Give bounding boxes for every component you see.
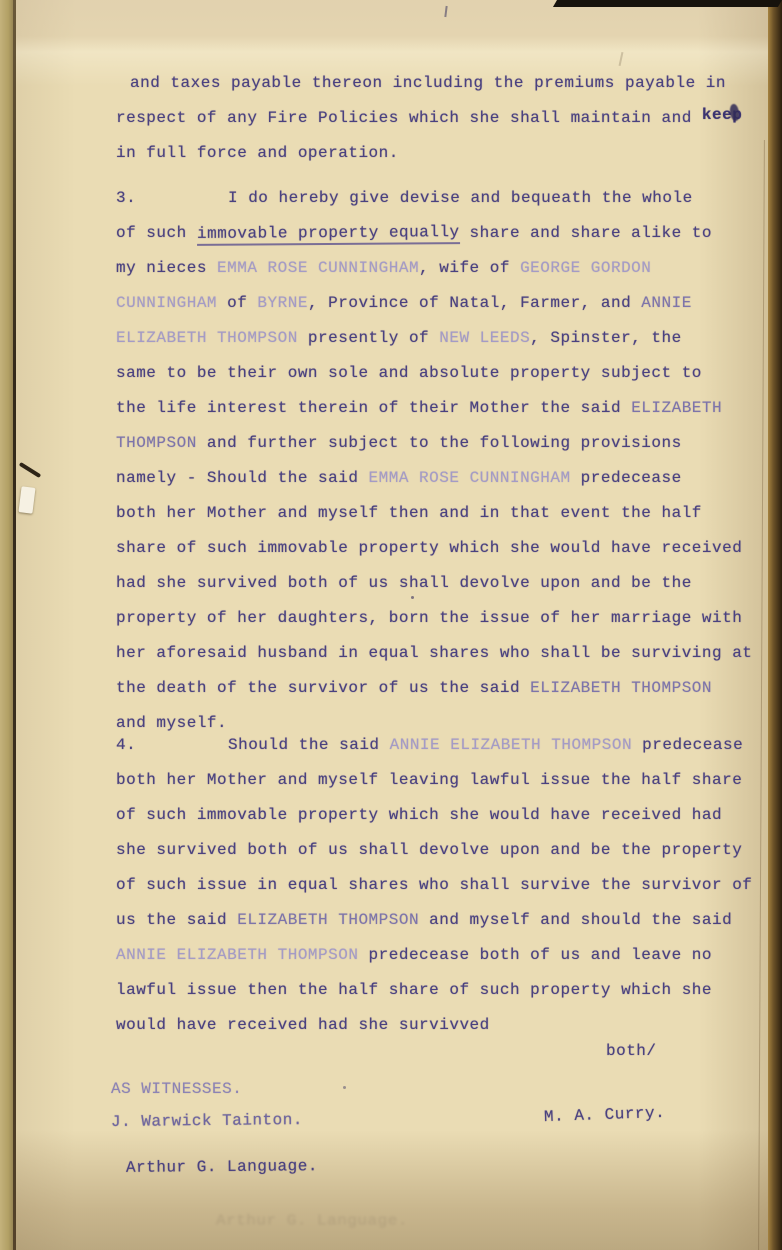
text-run: EMMA ROSE CUNNINGHAM	[369, 469, 571, 487]
text-run: both her Mother and myself leaving lawfu…	[116, 771, 742, 789]
paragraph-continuation: and taxes payable thereon including the …	[116, 74, 782, 179]
faint-scratch-mark	[619, 52, 624, 66]
text-run: my nieces	[116, 259, 217, 277]
page-right-edge	[768, 0, 782, 1250]
text-run: ELIZABETH THOMPSON	[237, 911, 419, 929]
text-run: the life interest therein of their Mothe…	[116, 399, 631, 417]
ink-speck	[343, 1086, 346, 1089]
text-run: predecease both of us and leave no	[358, 946, 712, 964]
document-line: lawful issue then the half share of such…	[116, 981, 782, 1016]
text-run: namely - Should the said	[116, 469, 369, 487]
text-run: same to be their own sole and absolute p…	[116, 364, 702, 382]
text-run: in full force and operation.	[116, 144, 399, 162]
document-line: share of such immovable property which s…	[116, 539, 782, 574]
document-line: of such issue in equal shares who shall …	[116, 876, 782, 911]
clause-number: 4.	[116, 736, 228, 754]
document-line: my nieces EMMA ROSE CUNNINGHAM, wife of …	[116, 259, 782, 294]
text-run: I do hereby give devise and bequeath the…	[228, 189, 693, 207]
text-run: ELIZABETH	[631, 399, 722, 417]
text-run: Should the said	[228, 736, 390, 754]
text-run: ANNIE ELIZABETH THOMPSON	[116, 946, 358, 964]
document-line: the life interest therein of their Mothe…	[116, 399, 782, 434]
document-line: would have received had she survivved	[116, 1016, 782, 1051]
text-run: and taxes payable thereon including the …	[130, 74, 726, 92]
text-run: GEORGE GORDON	[520, 259, 651, 277]
text-run: lawful issue then the half share of such…	[116, 981, 712, 999]
text-run: , wife of	[419, 259, 520, 277]
bleedthrough-text: Arthur G. Language.	[216, 1213, 408, 1229]
text-run: the death of the survivor of us the said	[116, 679, 530, 697]
document-line: both her Mother and myself then and in t…	[116, 504, 782, 539]
text-run: presently of	[298, 329, 439, 347]
witnesses-heading: AS WITNESSES.	[111, 1080, 242, 1098]
text-run: respect of any Fire Policies which she s…	[116, 109, 702, 127]
document-line: THOMPSON and further subject to the foll…	[116, 434, 782, 469]
text-run: ANNIE	[641, 294, 692, 312]
document-line: of such immovable property equally share…	[116, 224, 782, 259]
witness-signature-language: Arthur G. Language.	[126, 1157, 318, 1177]
text-run: share of such immovable property which s…	[116, 539, 742, 557]
document-line: respect of any Fire Policies which she s…	[116, 109, 782, 144]
clause-number: 3.	[116, 189, 228, 207]
text-run: us the said	[116, 911, 237, 929]
text-run: , Spinster, the	[530, 329, 682, 347]
text-run: and further subject to the following pro…	[197, 434, 682, 452]
document-line: and taxes payable thereon including the …	[116, 74, 782, 109]
ink-slash-mark	[19, 462, 41, 478]
text-run: EMMA ROSE CUNNINGHAM	[217, 259, 419, 277]
small-ink-tick	[444, 6, 447, 17]
document-line: 3.I do hereby give devise and bequeath t…	[116, 189, 782, 224]
catchword-both: both/	[606, 1042, 657, 1060]
text-run: ELIZABETH THOMPSON	[116, 329, 298, 347]
text-run: THOMPSON	[116, 434, 197, 452]
document-line: the death of the survivor of us the said…	[116, 679, 782, 714]
document-line: she survived both of us shall devolve up…	[116, 841, 782, 876]
document-line: same to be their own sole and absolute p…	[116, 364, 782, 399]
text-run: she survived both of us shall devolve up…	[116, 841, 742, 859]
witness-signature-tainton: J. Warwick Tainton.	[111, 1111, 303, 1131]
text-run: and myself.	[116, 714, 227, 732]
document-line: namely - Should the said EMMA ROSE CUNNI…	[116, 469, 782, 504]
text-run: and myself and should the said	[419, 911, 732, 929]
document-line: both her Mother and myself leaving lawfu…	[116, 771, 782, 806]
text-run: ELIZABETH THOMPSON	[530, 679, 712, 697]
paper-sheet: and taxes payable thereon including the …	[16, 0, 768, 1250]
paper-tab-artifact	[18, 486, 35, 514]
text-run: of such issue in equal shares who shall …	[116, 876, 752, 894]
text-run: of such immovable property which she wou…	[116, 806, 722, 824]
text-run: CUNNINGHAM	[116, 294, 217, 312]
document-line: 4.Should the said ANNIE ELIZABETH THOMPS…	[116, 736, 782, 771]
document-line: her aforesaid husband in equal shares wh…	[116, 644, 782, 679]
signature-curry: M. A. Curry.	[544, 1104, 666, 1126]
document-line: in full force and operation.	[116, 144, 782, 179]
text-run: of	[217, 294, 257, 312]
document-line: of such immovable property which she wou…	[116, 806, 782, 841]
text-run: predecease	[571, 469, 682, 487]
text-run: , Province of Natal, Farmer, and	[308, 294, 641, 312]
text-run: NEW LEEDS	[439, 329, 530, 347]
document-line: ANNIE ELIZABETH THOMPSON predecease both…	[116, 946, 782, 981]
text-run: had she survived both of us shall devolv…	[116, 574, 692, 592]
text-run: ANNIE ELIZABETH THOMPSON	[390, 736, 632, 754]
text-run: her aforesaid husband in equal shares wh…	[116, 644, 752, 662]
document-line: ELIZABETH THOMPSON presently of NEW LEED…	[116, 329, 782, 364]
text-run: both her Mother and myself then and in t…	[116, 504, 702, 522]
text-run: predecease	[632, 736, 743, 754]
document-line: property of her daughters, born the issu…	[116, 609, 782, 644]
text-run: would have received had she survivved	[116, 1016, 490, 1034]
paragraph-clause-4: 4.Should the said ANNIE ELIZABETH THOMPS…	[116, 736, 782, 1051]
text-run: of such	[116, 224, 197, 242]
text-run: BYRNE	[257, 294, 308, 312]
text-run: property of her daughters, born the issu…	[116, 609, 742, 627]
document-line: us the said ELIZABETH THOMPSON and mysel…	[116, 911, 782, 946]
text-run: share and share alike to	[459, 224, 712, 242]
scanned-document-page: and taxes payable thereon including the …	[0, 0, 782, 1250]
text-run: immovable property equally	[197, 223, 460, 246]
dark-top-edge	[553, 0, 782, 7]
document-line: had she survived both of us shall devolv…	[116, 574, 782, 609]
ink-speck	[411, 596, 414, 599]
paragraph-clause-3: 3.I do hereby give devise and bequeath t…	[116, 189, 782, 749]
document-line: CUNNINGHAM of BYRNE, Province of Natal, …	[116, 294, 782, 329]
